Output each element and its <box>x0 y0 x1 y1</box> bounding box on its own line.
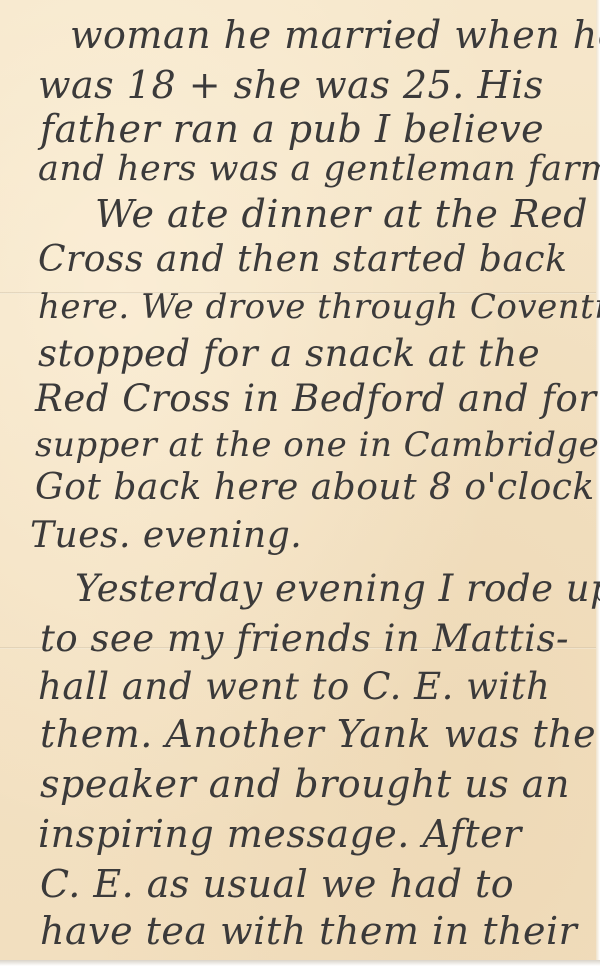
handwritten-line: hall and went to C. E. with <box>38 668 600 705</box>
handwritten-line: stopped for a snack at the <box>38 335 600 372</box>
letter-page: woman he married when he was 18 + she wa… <box>0 0 600 966</box>
handwritten-line: father ran a pub I believe <box>40 110 600 148</box>
handwritten-line: Red Cross in Bedford and for <box>35 380 600 417</box>
handwritten-line: Yesterday evening I rode up <box>75 570 600 607</box>
handwritten-line: Cross and then started back <box>38 242 600 278</box>
handwritten-line: to see my friends in Mattis- <box>40 620 600 657</box>
handwritten-line: and hers was a gentleman farmer <box>38 152 600 187</box>
handwritten-line: speaker and brought us an <box>40 765 600 803</box>
handwritten-line: C. E. as usual we had to <box>40 865 600 903</box>
handwritten-line: We ate dinner at the Red <box>95 195 600 233</box>
paper-edge <box>0 960 600 966</box>
handwritten-line: woman he married when he <box>70 16 600 54</box>
handwritten-line: supper at the one in Cambridge <box>35 428 600 462</box>
handwritten-line: have tea with them in their <box>40 912 600 950</box>
handwritten-line: them. Another Yank was the <box>40 715 600 753</box>
handwritten-line: inspiring message. After <box>38 815 600 853</box>
handwritten-line: Got back here about 8 o'clock <box>35 470 600 506</box>
handwritten-line: was 18 + she was 25. His <box>38 66 600 104</box>
handwritten-line: here. We drove through Coventry <box>38 290 600 324</box>
handwritten-line: Tues. evening. <box>30 518 600 554</box>
